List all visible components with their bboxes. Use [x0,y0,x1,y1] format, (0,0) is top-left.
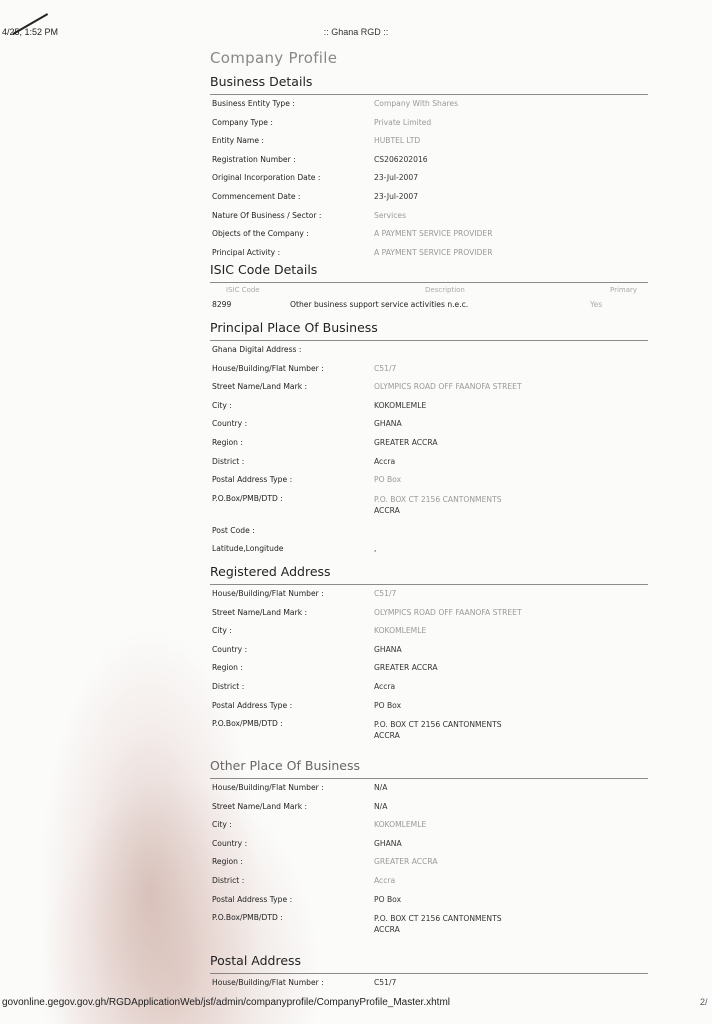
section-heading: Postal Address [210,953,648,969]
field-label: City : [212,397,232,416]
field-value: Services [374,207,406,226]
field-label: Original Incorporation Date : [212,169,320,188]
field-row: P.O.Box/PMB/DTD :P.O. BOX CT 2156 CANTON… [210,715,648,747]
field-row: Nature Of Business / Sector :Services [210,207,648,226]
principal-place-section: Principal Place Of Business Ghana Digita… [210,320,648,559]
isic-table-row: 8299 Other business support service acti… [210,297,648,313]
isic-header-code: ISIC Code [226,283,260,297]
field-row: City :KOKOMLEMLE [210,622,648,641]
field-row: Latitude,Longitude, [210,540,648,559]
field-row: Ghana Digital Address : [210,341,648,360]
field-row: District :Accra [210,453,648,472]
field-value: GHANA [374,835,402,854]
field-label: Country : [212,415,247,434]
field-label: Street Name/Land Mark : [212,798,307,817]
field-label: Region : [212,434,243,453]
field-label: Street Name/Land Mark : [212,604,307,623]
field-value-line2: ACCRA [374,730,400,741]
field-label: Ghana Digital Address : [212,341,302,360]
field-row: Country :GHANA [210,641,648,660]
field-label: P.O.Box/PMB/DTD : [212,490,283,509]
registered-address-rows: House/Building/Flat Number :C51/7Street … [210,585,648,747]
field-label: City : [212,816,232,835]
field-row: City :KOKOMLEMLE [210,816,648,835]
field-row: Business Entity Type :Company With Share… [210,95,648,114]
isic-code: 8299 [212,297,231,313]
field-value: C51/7 [374,974,396,993]
isic-header-primary: Primary [610,283,637,297]
page-title: Company Profile [210,49,337,67]
field-value: A PAYMENT SERVICE PROVIDER [374,225,493,244]
field-value: 23-Jul-2007 [374,169,418,188]
field-value: Accra [374,678,395,697]
field-label: P.O.Box/PMB/DTD : [212,715,283,734]
field-label: Latitude,Longitude [212,540,283,559]
field-row: Entity Name :HUBTEL LTD [210,132,648,151]
field-label: Country : [212,835,247,854]
field-label: House/Building/Flat Number : [212,779,324,798]
field-value-line2: ACCRA [374,924,400,935]
field-value: Company With Shares [374,95,458,114]
field-row: Objects of the Company :A PAYMENT SERVIC… [210,225,648,244]
field-row: Principal Activity :A PAYMENT SERVICE PR… [210,244,648,263]
field-row: Region :GREATER ACCRA [210,434,648,453]
field-label: Postal Address Type : [212,697,292,716]
field-row: Postal Address Type :PO Box [210,891,648,910]
field-label: Entity Name : [212,132,264,151]
field-value: OLYMPICS ROAD OFF FAANOFA STREET [374,378,522,397]
registered-address-section: Registered Address House/Building/Flat N… [210,564,648,747]
principal-place-rows: Ghana Digital Address :House/Building/Fl… [210,341,648,559]
field-value-line2: ACCRA [374,505,400,516]
section-heading: Other Place Of Business [210,758,648,774]
field-value: Private Limited [374,114,431,133]
site-title: :: Ghana RGD :: [0,27,712,37]
field-row: P.O.Box/PMB/DTD :P.O. BOX CT 2156 CANTON… [210,490,648,522]
field-value: , [374,540,376,559]
isic-description: Other business support service activitie… [290,297,468,313]
field-value: P.O. BOX CT 2156 CANTONMENTS [374,494,502,505]
field-value: CS206202016 [374,151,428,170]
isic-header-description: Description [425,283,465,297]
field-value: GHANA [374,641,402,660]
business-details-rows: Business Entity Type :Company With Share… [210,95,648,262]
field-value: P.O. BOX CT 2156 CANTONMENTS [374,913,502,924]
field-label: Country : [212,641,247,660]
field-label: Postal Address Type : [212,471,292,490]
other-place-rows: House/Building/Flat Number :N/AStreet Na… [210,779,648,941]
field-value: Accra [374,453,395,472]
field-value: KOKOMLEMLE [374,622,426,641]
field-value: PO Box [374,697,401,716]
section-heading: Principal Place Of Business [210,320,648,336]
field-label: Nature Of Business / Sector : [212,207,322,226]
field-label: District : [212,453,244,472]
field-row: City :KOKOMLEMLE [210,397,648,416]
other-place-section: Other Place Of Business House/Building/F… [210,758,648,941]
field-label: House/Building/Flat Number : [212,585,324,604]
field-label: Registration Number : [212,151,296,170]
field-value: GHANA [374,415,402,434]
field-row: Street Name/Land Mark :OLYMPICS ROAD OFF… [210,378,648,397]
field-label: City : [212,622,232,641]
isic-table-header: ISIC Code Description Primary [210,283,648,297]
field-row: Company Type :Private Limited [210,114,648,133]
field-value: KOKOMLEMLE [374,397,426,416]
field-value: GREATER ACCRA [374,853,438,872]
field-label: Region : [212,853,243,872]
page-number: 2/ [700,997,708,1007]
field-value: OLYMPICS ROAD OFF FAANOFA STREET [374,604,522,623]
field-value: P.O. BOX CT 2156 CANTONMENTS [374,719,502,730]
field-value: GREATER ACCRA [374,659,438,678]
section-heading: Registered Address [210,564,648,580]
field-row: Postal Address Type :PO Box [210,697,648,716]
field-value: PO Box [374,891,401,910]
business-details-section: Business Details Business Entity Type :C… [210,74,648,262]
field-row: Street Name/Land Mark :OLYMPICS ROAD OFF… [210,604,648,623]
field-row: Postal Address Type :PO Box [210,471,648,490]
field-row: District :Accra [210,872,648,891]
field-row: Country :GHANA [210,415,648,434]
field-row: Street Name/Land Mark :N/A [210,798,648,817]
section-heading: Business Details [210,74,648,90]
field-row: Registration Number :CS206202016 [210,151,648,170]
field-value: N/A [374,798,387,817]
field-value: Accra [374,872,395,891]
field-row: House/Building/Flat Number :C51/7 [210,974,648,993]
field-label: Street Name/Land Mark : [212,378,307,397]
field-label: Commencement Date : [212,188,300,207]
field-label: P.O.Box/PMB/DTD : [212,909,283,928]
field-label: Postal Address Type : [212,891,292,910]
field-label: House/Building/Flat Number : [212,360,324,379]
section-heading: ISIC Code Details [210,262,648,278]
field-value: N/A [374,779,387,798]
field-label: Post Code : [212,522,255,541]
field-row: Country :GHANA [210,835,648,854]
field-row: Original Incorporation Date :23-Jul-2007 [210,169,648,188]
field-value: C51/7 [374,585,396,604]
page-url: govonline.gegov.gov.gh/RGDApplicationWeb… [2,997,450,1008]
field-row: District :Accra [210,678,648,697]
field-row: P.O.Box/PMB/DTD :P.O. BOX CT 2156 CANTON… [210,909,648,941]
field-row: Region :GREATER ACCRA [210,853,648,872]
postal-address-section: Postal Address House/Building/Flat Numbe… [210,953,648,993]
field-value: PO Box [374,471,401,490]
field-label: Region : [212,659,243,678]
field-label: Objects of the Company : [212,225,309,244]
field-label: Company Type : [212,114,273,133]
field-row: House/Building/Flat Number :C51/7 [210,360,648,379]
field-value: 23-Jul-2007 [374,188,418,207]
field-label: Principal Activity : [212,244,280,263]
field-value: A PAYMENT SERVICE PROVIDER [374,244,493,263]
field-value: KOKOMLEMLE [374,816,426,835]
field-row: House/Building/Flat Number :N/A [210,779,648,798]
field-row: Post Code : [210,522,648,541]
field-row: Commencement Date :23-Jul-2007 [210,188,648,207]
field-row: House/Building/Flat Number :C51/7 [210,585,648,604]
isic-primary: Yes [590,297,602,313]
field-value: C51/7 [374,360,396,379]
field-label: Business Entity Type : [212,95,295,114]
field-label: District : [212,678,244,697]
field-row: Region :GREATER ACCRA [210,659,648,678]
isic-section: ISIC Code Details ISIC Code Description … [210,262,648,313]
field-label: District : [212,872,244,891]
postal-address-rows: House/Building/Flat Number :C51/7 [210,974,648,993]
field-value: HUBTEL LTD [374,132,420,151]
field-label: House/Building/Flat Number : [212,974,324,993]
field-value: GREATER ACCRA [374,434,438,453]
